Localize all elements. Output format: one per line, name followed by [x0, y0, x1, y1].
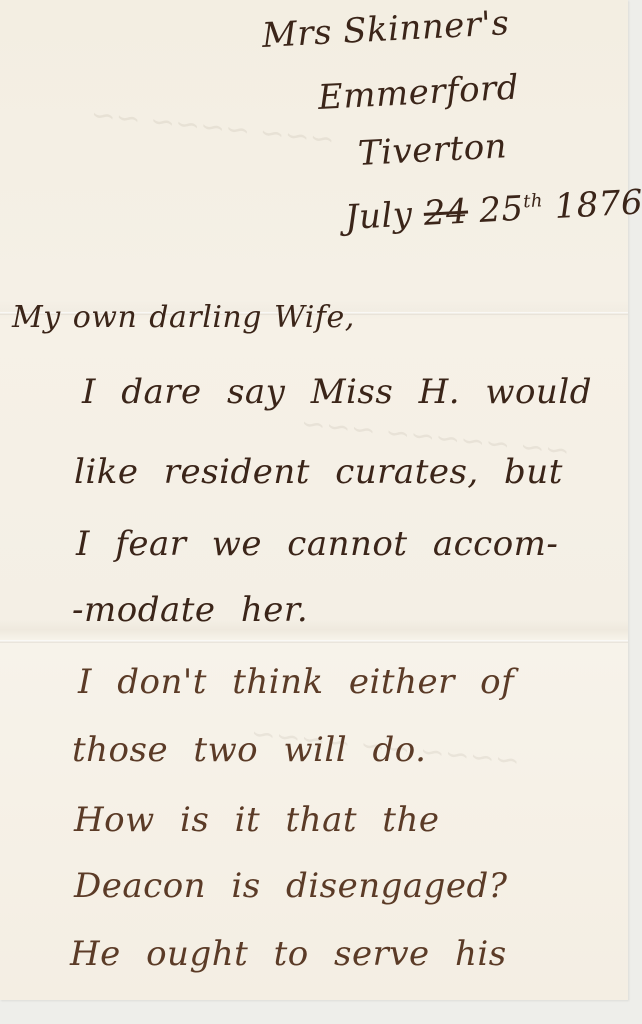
- address-line-3: Tiverton: [357, 126, 508, 174]
- body-line: I dare say Miss H. would: [82, 372, 592, 412]
- date-day: 25: [478, 189, 524, 231]
- fold-line: [0, 640, 628, 643]
- body-line: Deacon is disengaged?: [74, 866, 508, 906]
- body-line: I fear we cannot accom-: [76, 524, 558, 564]
- date-struck-out: 24: [423, 192, 469, 234]
- date-year: 1876: [554, 182, 642, 227]
- date-day-suffix: th: [523, 190, 544, 212]
- show-through-text: ~~~ ~~~~ ~~: [89, 97, 337, 157]
- date-line: July 24 25th 1876: [344, 182, 642, 238]
- body-line: How is it that the: [74, 800, 440, 840]
- body-line: -modate her.: [72, 590, 308, 630]
- address-line-2: Emmerford: [317, 67, 520, 117]
- address-line-1: Mrs Skinner's: [261, 3, 510, 56]
- salutation: My own darling Wife,: [12, 300, 355, 335]
- body-line: like resident curates, but: [74, 452, 563, 492]
- date-month: July: [344, 194, 414, 237]
- body-line: I don't think either of: [78, 662, 514, 702]
- letter-page: ~~~ ~~~~ ~~ ~~ ~~~~~ ~~~ ~~~~ ~~ ~~~~ Mr…: [0, 0, 628, 1000]
- body-line: those two will do.: [72, 730, 426, 770]
- body-line: He ought to serve his: [70, 934, 507, 974]
